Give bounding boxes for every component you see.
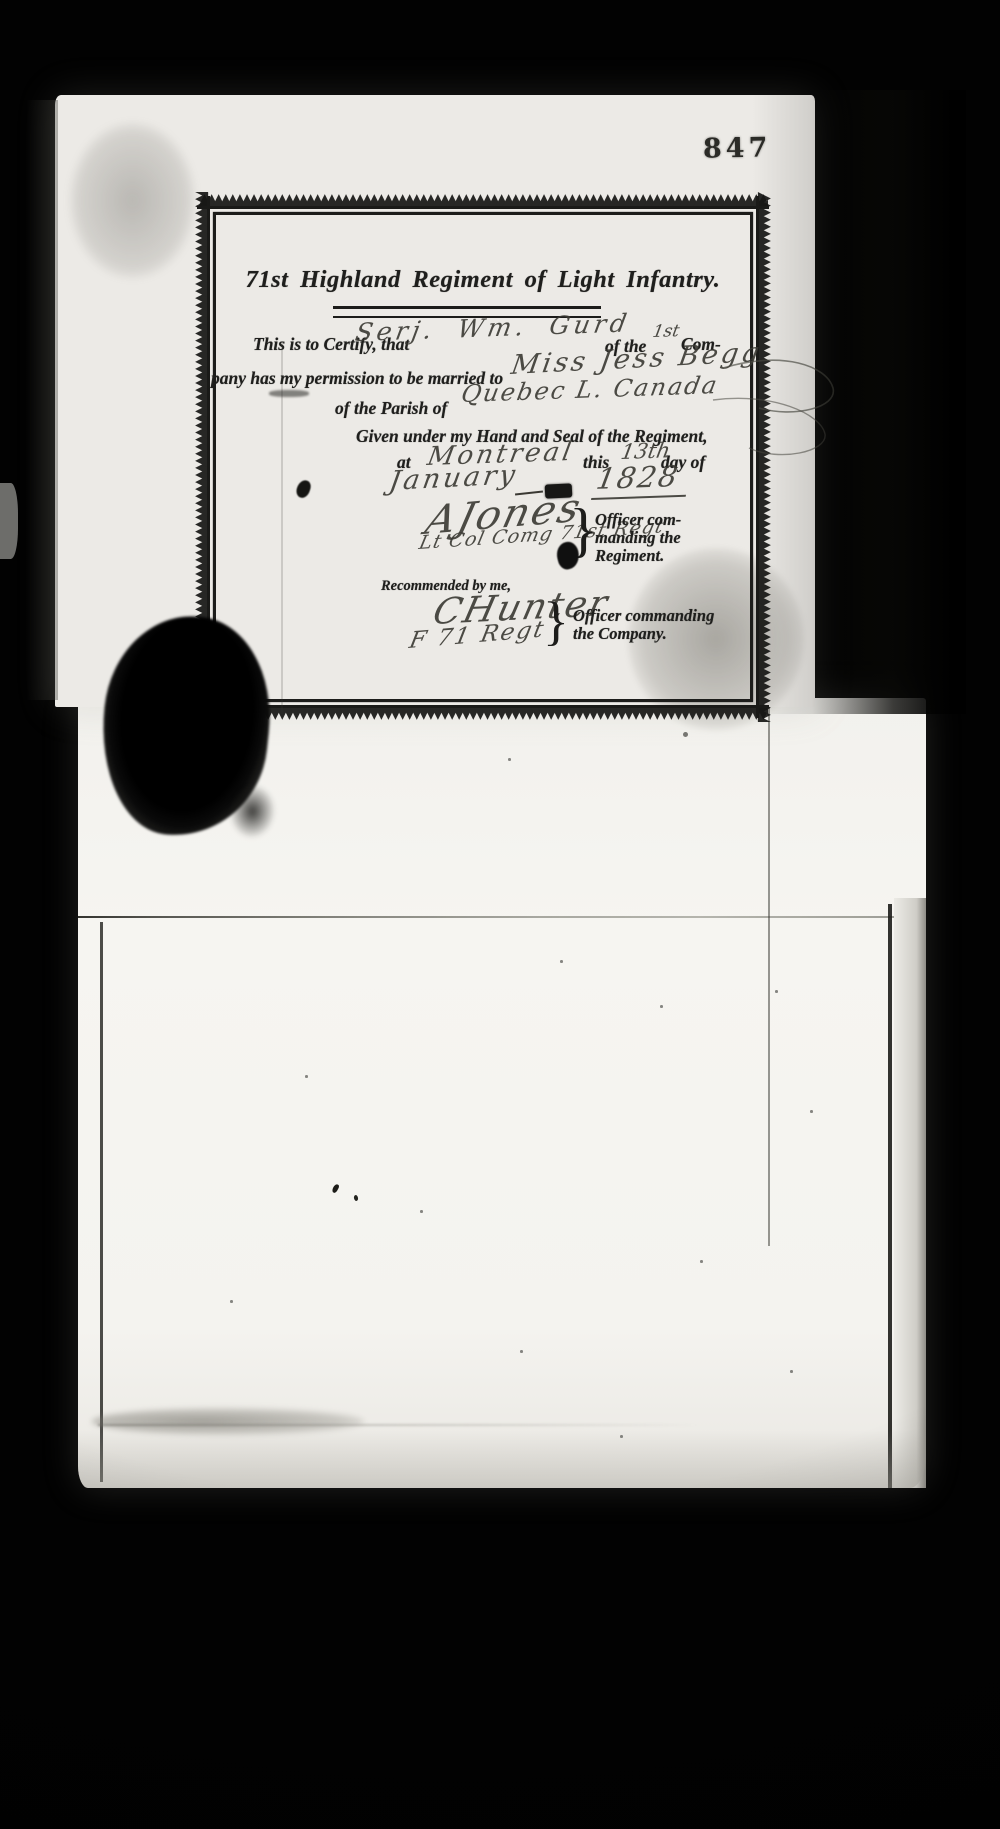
regiment-officer-label: manding the	[595, 528, 681, 548]
speck	[790, 1370, 793, 1373]
brace-glyph: }	[543, 594, 569, 648]
scanned-document-page: 847 ▲▲▲▲▲▲▲▲▲▲▲▲▲▲▲▲▲▲▲▲▲▲▲▲▲▲▲▲▲▲▲▲▲▲▲▲…	[0, 0, 1000, 1829]
speck	[305, 1075, 308, 1078]
scan-edge-sliver	[0, 483, 18, 559]
parish-label: of the Parish of	[335, 398, 447, 419]
speck	[775, 990, 778, 993]
speck	[660, 1005, 663, 1008]
paper-stain	[70, 123, 195, 278]
certificate-title: 71st Highland Regiment of Light Infantry…	[193, 266, 773, 294]
right-edge-line	[888, 904, 892, 1488]
ink-mark	[353, 1195, 358, 1202]
company-officer-label: Officer commanding	[573, 606, 714, 626]
vertical-crease	[281, 342, 283, 714]
regiment-officer-label: Officer com-	[595, 510, 681, 530]
speck	[520, 1350, 523, 1353]
page-edge-strip	[894, 898, 926, 1488]
bottom-smudge-line	[98, 1424, 698, 1426]
speck	[620, 1435, 623, 1438]
company-officer-label: the Company.	[573, 624, 667, 644]
border-band	[197, 206, 769, 209]
bottom-smudge	[92, 1408, 364, 1435]
speck	[230, 1300, 233, 1303]
ink-smear	[269, 390, 309, 397]
speck	[420, 1210, 423, 1213]
scan-edge-streak	[26, 100, 58, 700]
speck	[683, 732, 688, 737]
left-fold-line	[100, 922, 103, 1482]
ink-mark	[331, 1183, 340, 1193]
year-handwritten: 1828	[591, 459, 692, 500]
horizontal-crease	[78, 916, 908, 918]
speck	[508, 758, 511, 761]
speck	[560, 960, 563, 963]
company-number-handwritten: 1st	[651, 321, 681, 342]
border-band	[197, 705, 769, 708]
speck	[810, 1110, 813, 1113]
permission-text: pany has my permission to be married to	[211, 368, 503, 389]
page-number-stamp: 847	[703, 132, 772, 164]
right-crease-line	[768, 700, 770, 1246]
marriage-certificate: ▲▲▲▲▲▲▲▲▲▲▲▲▲▲▲▲▲▲▲▲▲▲▲▲▲▲▲▲▲▲▲▲▲▲▲▲▲▲▲▲…	[193, 192, 773, 722]
speck	[700, 1260, 703, 1263]
regiment-officer-label: Regiment.	[595, 546, 664, 566]
